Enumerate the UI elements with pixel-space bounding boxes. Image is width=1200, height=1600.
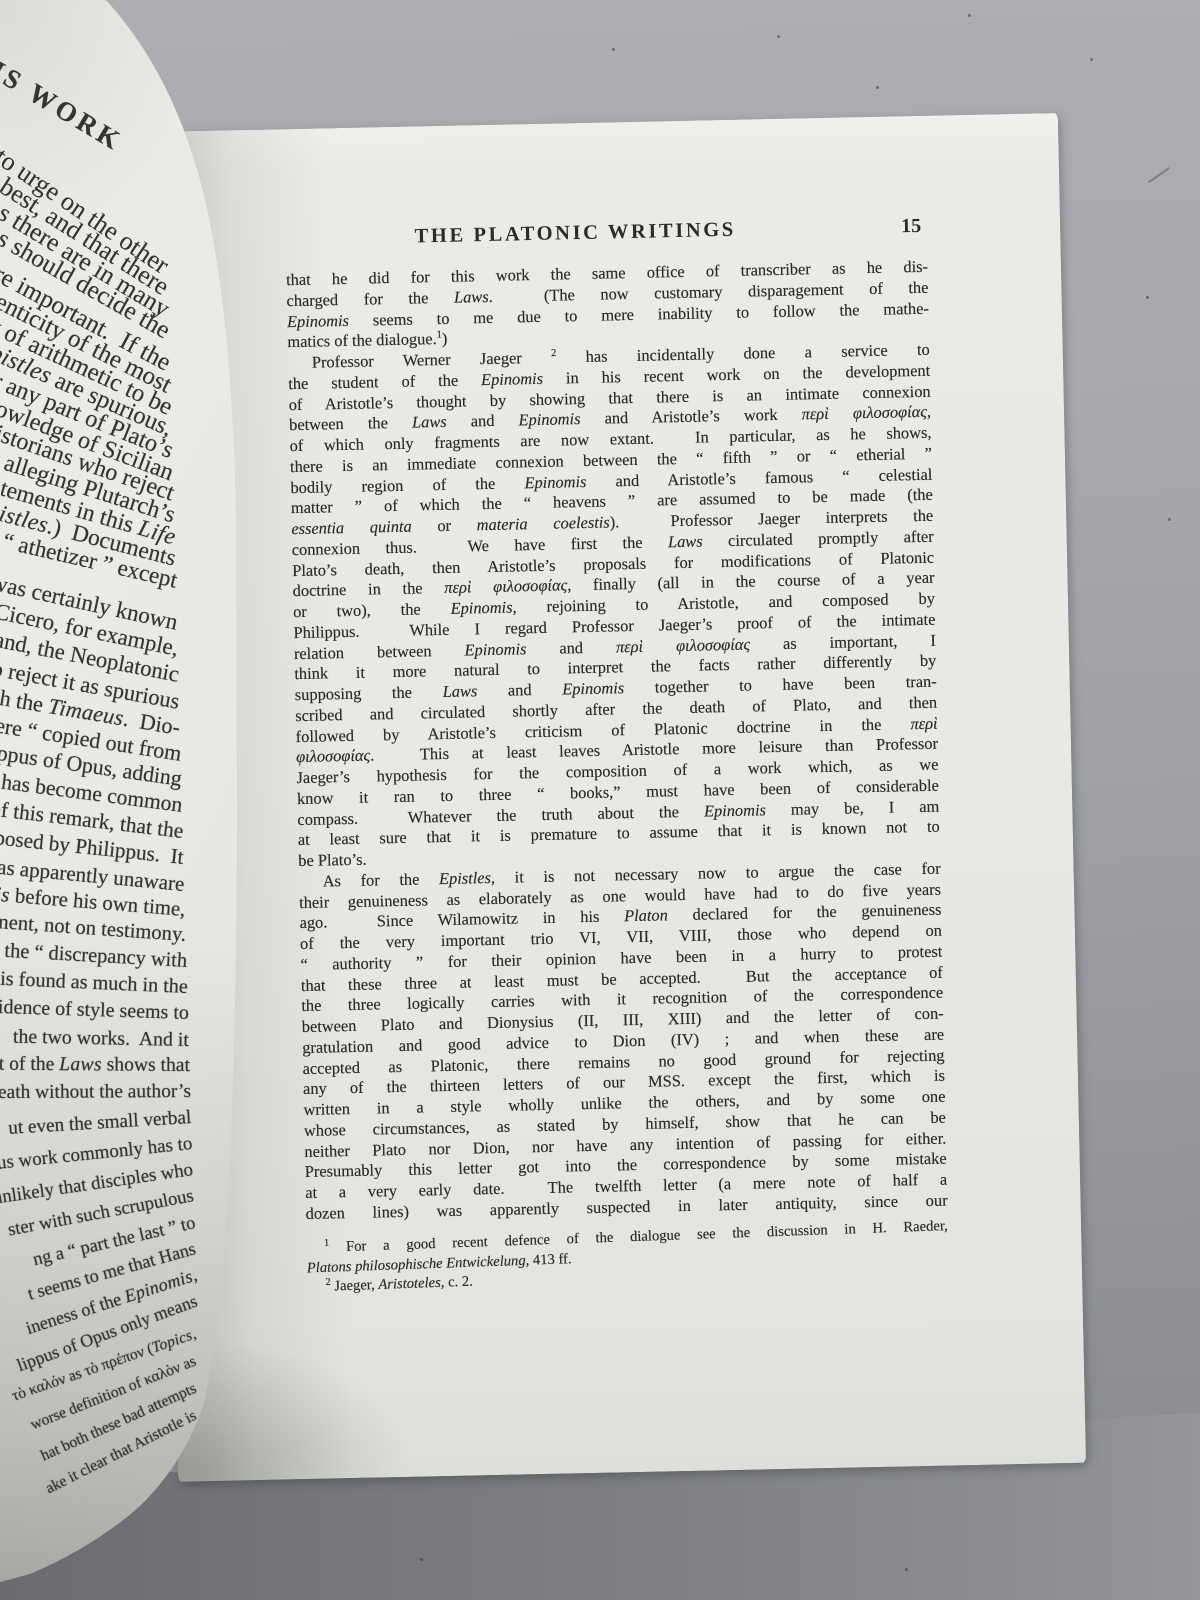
dust-speck [968,14,971,17]
dust-speck [777,35,780,38]
dust-speck [905,1568,908,1571]
dust-speck [876,86,879,89]
dust-speck [1168,518,1171,521]
right-page-text: that he did for this work the same offic… [286,257,948,1225]
bottom-gutter-shadow [174,1273,608,1482]
dust-speck [1146,296,1149,299]
book-photo-scene: THE PLATONIC WRITINGS 15 that he did for… [0,0,1200,1600]
dust-speck [612,48,615,51]
right-page-content: THE PLATONIC WRITINGS 15 that he did for… [285,215,949,1293]
dust-speck [420,1558,423,1561]
page-number: 15 [901,215,921,238]
right-page: THE PLATONIC WRITINGS 15 that he did for… [150,113,1086,1482]
dust-speck [1090,58,1093,61]
